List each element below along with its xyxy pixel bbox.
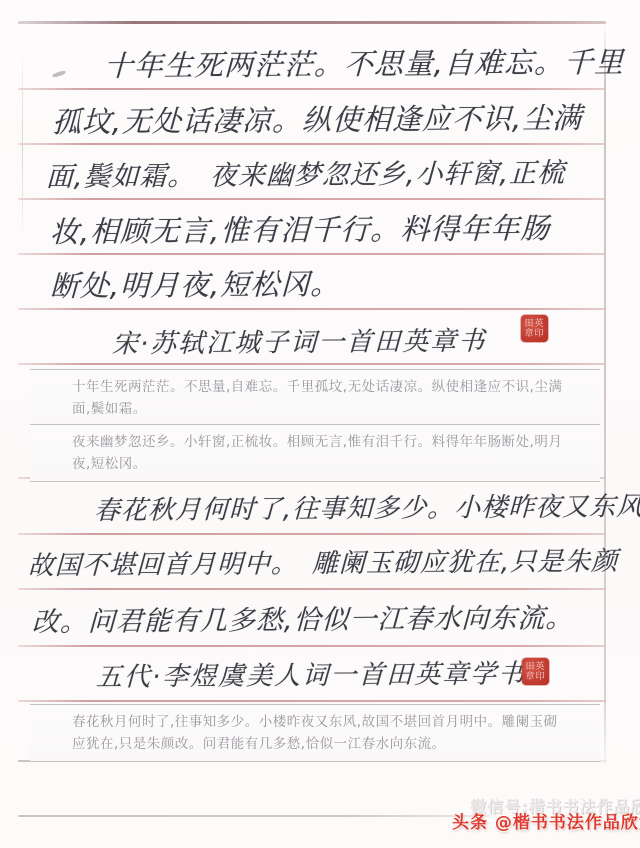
rule-line bbox=[18, 815, 490, 817]
seal-text: 田英章印 bbox=[524, 319, 546, 339]
rule-line bbox=[18, 308, 606, 310]
printed-text: 夜来幽梦忽还乡。小轩窗,正梳妆。相顾无言,惟有泪千行。料得年年肠断处,明月夜,短… bbox=[72, 434, 562, 472]
rule-line bbox=[18, 700, 606, 702]
printed-reference-poem1-upper: 十年生死两茫茫。不思量,自难忘。千里孤坟,无处话凄凉。纵使相逢应不识,尘满面,鬓… bbox=[30, 369, 600, 427]
printed-reference-poem2: 春花秋月何时了,往事知多少。小楼昨夜又东风,故国不堪回首月明中。雕阑玉砌应犹在,… bbox=[30, 704, 600, 762]
handwritten-line-poem2-3: 改。问君能有几多愁,恰似一江春水向东流。 bbox=[31, 596, 574, 639]
rule-line bbox=[18, 363, 606, 365]
rule-line bbox=[18, 533, 606, 535]
printed-reference-poem1-lower: 夜来幽梦忽还乡。小轩窗,正梳妆。相顾无言,惟有泪千行。料得年年肠断处,明月夜,短… bbox=[30, 424, 600, 482]
rule-line bbox=[18, 253, 606, 255]
artist-seal: 田英章印 bbox=[521, 315, 548, 342]
handwritten-line-poem1-5: 断处,明月夜,短松冈。 bbox=[49, 262, 341, 305]
rule-line bbox=[18, 645, 606, 647]
handwritten-line-poem1-3: 面,鬓如霜。 夜来幽梦忽还乡,小轩窗,正梳 bbox=[45, 151, 565, 194]
rule-line bbox=[18, 588, 606, 590]
artist-seal: 田英章印 bbox=[522, 658, 549, 685]
signature-poem1: 宋·苏轼江城子词一首田英章书 bbox=[112, 321, 487, 361]
paper-left-edge bbox=[22, 55, 23, 235]
signature-poem2: 五代·李煜虞美人词一首田英章学书 bbox=[96, 653, 527, 693]
paper-right-edge bbox=[604, 24, 606, 764]
rule-line bbox=[18, 88, 606, 90]
handwritten-line-poem1-1: 十年生死两茫茫。不思量,自难忘。千里 bbox=[103, 40, 624, 85]
calligraphy-photo: 十年生死两茫茫。不思量,自难忘。千里 孤坟,无处话凄凉。纵使相逢应不识,尘满 面… bbox=[0, 0, 640, 848]
printed-text: 春花秋月何时了,往事知多少。小楼昨夜又东风,故国不堪回首月明中。雕阑玉砌应犹在,… bbox=[72, 714, 558, 752]
watermark-brand-text: 头条 @楷书书法作品欣赏 bbox=[452, 808, 640, 833]
rule-line bbox=[18, 143, 606, 145]
paper-crease bbox=[52, 70, 67, 78]
printed-text: 十年生死两茫茫。不思量,自难忘。千里孤坟,无处话凄凉。纵使相逢应不识,尘满面,鬓… bbox=[72, 379, 562, 417]
seal-text: 田英章印 bbox=[525, 662, 547, 682]
rule-line bbox=[18, 198, 606, 200]
rule-line bbox=[18, 21, 606, 24]
handwritten-line-poem1-4: 妆,相顾无言,惟有泪千行。料得年年肠 bbox=[49, 206, 551, 251]
handwritten-line-poem2-2: 故国不堪回首月明中。 雕阑玉砌应犹在,只是朱颜 bbox=[28, 541, 619, 583]
handwritten-line-poem1-2: 孤坟,无处话凄凉。纵使相逢应不识,尘满 bbox=[51, 96, 583, 141]
handwritten-line-poem2-1: 春花秋月何时了,往事知多少。小楼昨夜又东风, bbox=[94, 486, 640, 527]
